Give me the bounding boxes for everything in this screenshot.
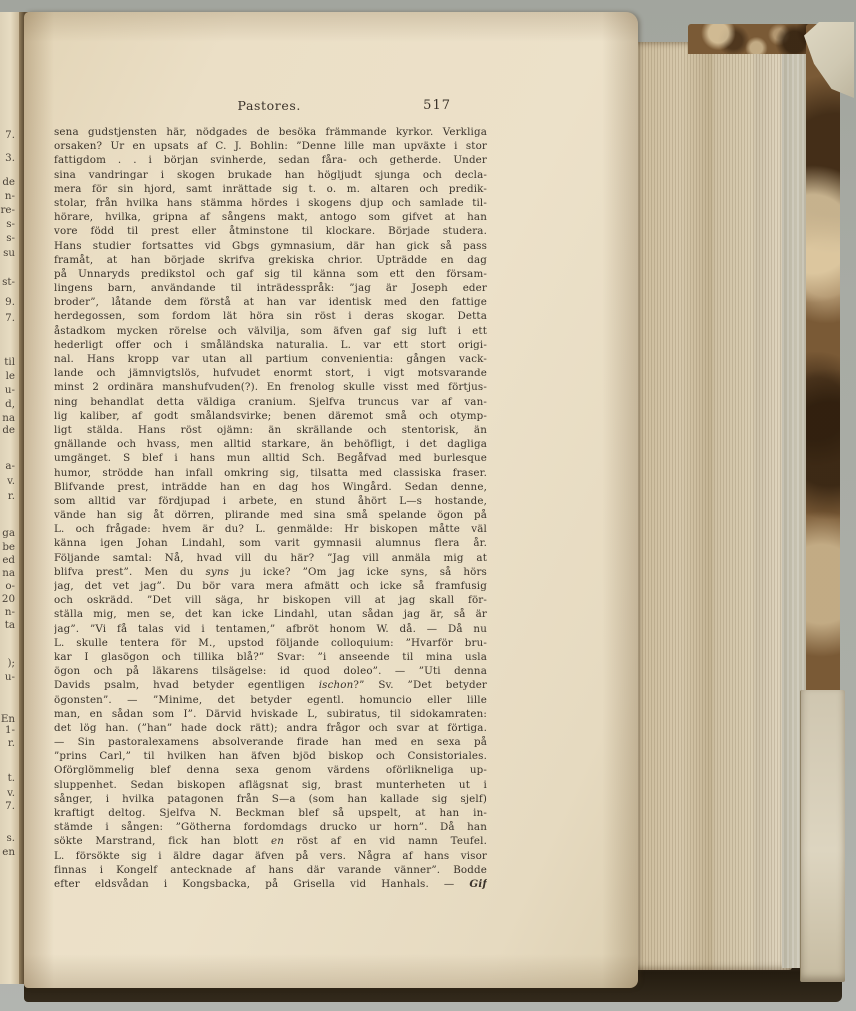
facing-page-text-fragment: ed <box>0 554 15 566</box>
text-line: åstadkom mycken rörelse och välvilja, so… <box>54 324 487 338</box>
facing-page-text-fragment: 9. <box>0 296 15 308</box>
facing-page-text-fragment: s- <box>0 218 15 230</box>
text-line: L. och frågade: hvem är du? L. genmälde:… <box>54 522 487 536</box>
facing-page-text-fragment: d, <box>0 398 15 410</box>
text-line: fattigdom . . i början svinherde, sedan … <box>54 153 487 167</box>
text-line: blifva prest”. Men du syns ju icke? ”Om … <box>54 565 487 579</box>
text-line: orsaken? Ur en upsats af C. J. Bohlin: ”… <box>54 139 487 153</box>
text-line: L. skulle tentera för M., upstod följand… <box>54 636 487 650</box>
text-line: det lög han. (”han” hade dock rätt); and… <box>54 721 487 735</box>
facing-page-text-fragment: ); <box>0 657 15 669</box>
facing-page-text-fragment: o- <box>0 580 15 592</box>
text-line: ”prins Carl,” til hvilken han äfven bjöd… <box>54 749 487 763</box>
facing-page-text-fragment: le <box>0 370 15 382</box>
page-number: 517 <box>423 98 451 113</box>
book-page: Pastores. 517 sena gudstjensten här, nöd… <box>24 12 638 988</box>
text-line: ögonsten”. — ”Minime, det betyder egentl… <box>54 693 487 707</box>
text-line: sånger, i hvilka patagonen från S—a (som… <box>54 792 487 806</box>
facing-page-text-fragment: de <box>0 176 15 188</box>
facing-page-text-fragment: 1- <box>0 724 15 736</box>
text-line: herdegossen, som fordom lät höra sin rös… <box>54 309 487 323</box>
text-line: stämde i sången: ”Götherna fordomdags dr… <box>54 820 487 834</box>
italic-word: syns <box>205 566 229 578</box>
text-line: som alltid var fördjupad i arbete, en st… <box>54 494 487 508</box>
photo-background: Pastores. 517 sena gudstjensten här, nöd… <box>0 0 856 1011</box>
text-line: nal. Hans kropp var utan all partium con… <box>54 352 487 366</box>
worn-cover-corner <box>800 690 845 982</box>
text-line: broder”, låtande dem förstå at han var i… <box>54 295 487 309</box>
text-line: jag, det vet jag”. Du bör vara mera afmä… <box>54 579 487 593</box>
text-line: på Unnaryds predikstol och gaf sig til k… <box>54 267 487 281</box>
facing-page-text-fragment: na <box>0 412 15 424</box>
text-line: Oförglömmelig blef denna sexa genom värd… <box>54 763 487 777</box>
facing-page-text-fragment: u- <box>0 384 15 396</box>
text-line: kar I glasögon och tillika blå?” Svar: ”… <box>54 650 487 664</box>
facing-page-text-fragment: 7. <box>0 800 15 812</box>
text-line: Davids psalm, hvad betyder egentligen is… <box>54 678 487 692</box>
facing-page-text-fragment: n- <box>0 190 15 202</box>
text-line: lingens barn, användande til inträdesspr… <box>54 281 487 295</box>
facing-page-text-fragment: ta <box>0 619 15 631</box>
text-line: L. försökte sig i äldre dagar äfven på v… <box>54 849 487 863</box>
text-line: mera för sin hjord, samt inrättade sig t… <box>54 182 487 196</box>
text-line: och oskrädd. ”Det vill säga, hr biskopen… <box>54 593 487 607</box>
text-line: lig kaliber, af godt smålandsvirke; bene… <box>54 409 487 423</box>
text-line: ställa mig, men se, det kan icke Lindahl… <box>54 607 487 621</box>
text-line: ligt stälda. Hans röst ojämn: än skrälla… <box>54 423 487 437</box>
page-stack-fore-edge <box>612 42 792 970</box>
text-line: — Sin pastoralexamens absolverande firad… <box>54 735 487 749</box>
italic-word: en <box>271 835 284 847</box>
facing-page-text-fragments: 7.3.den-re-s-s-sust-9.7.tilleu-d,nadea-v… <box>0 0 17 1011</box>
text-line: kraftigt deltog. Sjelfva N. Beckman blef… <box>54 806 487 820</box>
text-line: umgänget. S blef i hans mun alltid Sch. … <box>54 451 487 465</box>
text-line: lande och jämnvigtslös, hufvudet enormt … <box>54 366 487 380</box>
text-line: Hans studier fortsattes vid Gbgs gymnasi… <box>54 239 487 253</box>
marbled-cover-side-strip <box>806 24 840 724</box>
facing-page-text-fragment: re- <box>0 204 15 216</box>
text-line: gnällande och hvass, men alltid starkare… <box>54 437 487 451</box>
running-header: Pastores. 517 <box>54 98 487 116</box>
text-line: ögon och på läkarens tilsägelse: id quod… <box>54 664 487 678</box>
text-line: framåt, at han började skrifva grekiska … <box>54 253 487 267</box>
body-text-block: sena gudstjensten här, nödgades de besök… <box>54 125 487 891</box>
text-line: hederligt offer och i småländska natural… <box>54 338 487 352</box>
facing-page-text-fragment: 7. <box>0 129 15 141</box>
italic-word: ischon <box>319 679 354 691</box>
facing-page-text-fragment: t. <box>0 772 15 784</box>
facing-page-text-fragment: de <box>0 424 15 436</box>
facing-page-text-fragment: ga <box>0 527 15 539</box>
facing-page-text-fragment: 7. <box>0 312 15 324</box>
text-line: sena gudstjensten här, nödgades de besök… <box>54 125 487 139</box>
facing-page-text-fragment: r. <box>0 490 15 502</box>
facing-page-text-fragment: en <box>0 846 15 858</box>
facing-page-text-fragment: til <box>0 356 15 368</box>
facing-page-text-fragment: s- <box>0 232 15 244</box>
facing-page-text-fragment: v. <box>0 475 15 487</box>
facing-page-text-fragment: u- <box>0 671 15 683</box>
text-line: finnas i Kongelf antecknade af hans där … <box>54 863 487 877</box>
text-line: efter eldsvådan i Kongsbacka, på Grisell… <box>54 877 487 891</box>
facing-page-text-fragment: be <box>0 541 15 553</box>
facing-page-text-fragment: su <box>0 247 15 259</box>
text-line: vore född til prest eller åtminstone til… <box>54 224 487 238</box>
facing-page-text-fragment: v. <box>0 787 15 799</box>
facing-page-text-fragment: st- <box>0 276 15 288</box>
text-line: känna igen Johan Lindahl, som varit gymn… <box>54 536 487 550</box>
text-line: sluppenhet. Sedan biskopen aflägsnat sig… <box>54 778 487 792</box>
text-line: stolar, från hvilka hans stämma hördes i… <box>54 196 487 210</box>
text-line: ning behandlat detta väldiga cranium. Sj… <box>54 395 487 409</box>
text-line: vände han sig åt dörren, plirande med si… <box>54 508 487 522</box>
text-line: minst 2 ordinära manshufvuden(?). En fre… <box>54 380 487 394</box>
facing-page-text-fragment: a- <box>0 460 15 472</box>
facing-page-text-fragment: s. <box>0 832 15 844</box>
facing-page-text-fragment: na <box>0 567 15 579</box>
text-line: jag”. ”Vi få talas vid i tentamen,” afbr… <box>54 622 487 636</box>
text-line: Blifvande prest, inträdde han en dag hos… <box>54 480 487 494</box>
text-line: humor, strödde han infall omkring sig, t… <box>54 466 487 480</box>
facing-page-text-fragment: n- <box>0 606 15 618</box>
text-line: sökte Marstrand, fick han blott en röst … <box>54 834 487 848</box>
text-line: hörare, hvilka, gripna af sångens makt, … <box>54 210 487 224</box>
facing-page-text-fragment: 20 <box>0 593 15 605</box>
page-header-title: Pastores. <box>238 98 301 113</box>
bold-italic-word: Gif <box>469 878 487 890</box>
text-line: sina vandringar i skogen brukade han hög… <box>54 168 487 182</box>
text-line: Följande samtal: Nå, hvad vill du här? ”… <box>54 551 487 565</box>
text-line: man, en sådan som I”. Därvid hviskade L,… <box>54 707 487 721</box>
facing-page-text-fragment: r. <box>0 737 15 749</box>
facing-page-text-fragment: 3. <box>0 152 15 164</box>
